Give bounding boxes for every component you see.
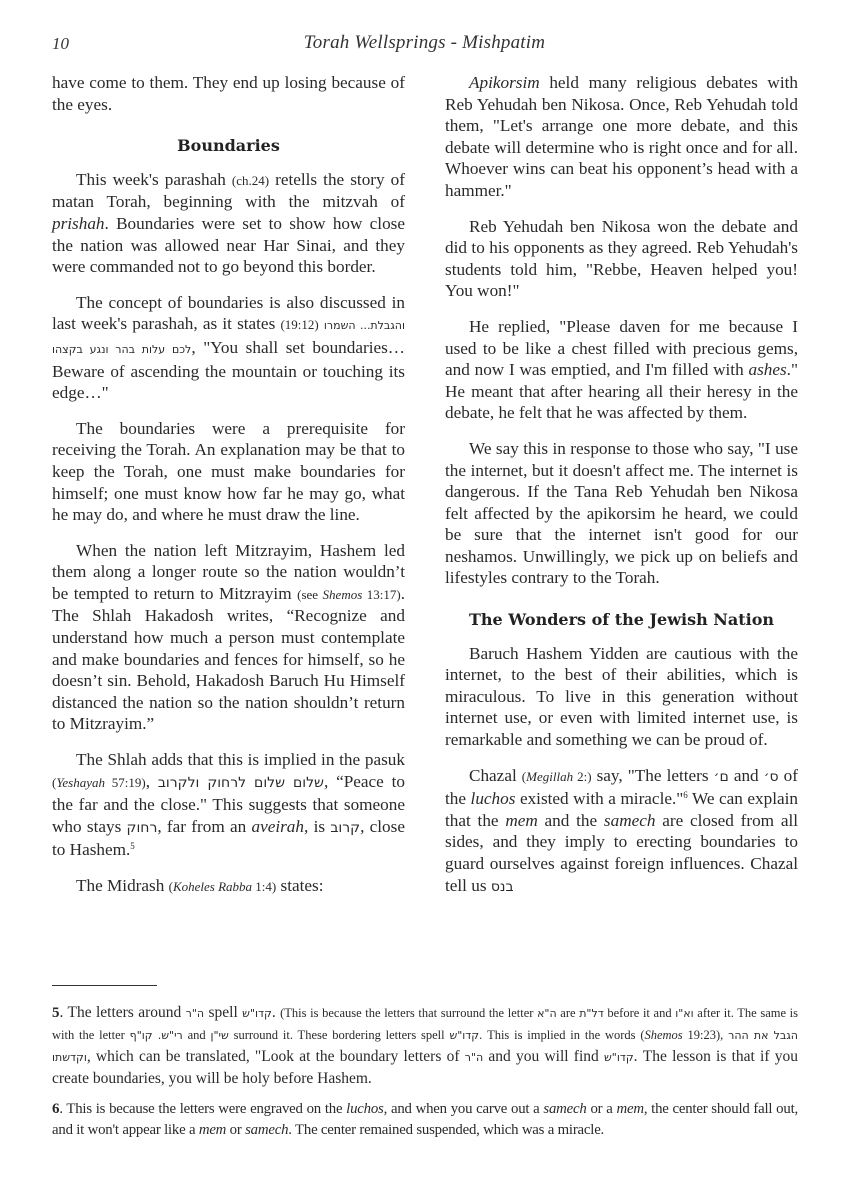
- citation: (see Shemos 13:17): [297, 587, 401, 602]
- paragraph-replied: He replied, "Please daven for me because…: [445, 316, 798, 424]
- paragraph-mitzrayim: When the nation left Mitzrayim, Hashem l…: [52, 540, 405, 735]
- citation: (19:12): [280, 317, 318, 332]
- footnotes: 5. The letters around ה"ר spell קדו"ש. (…: [52, 1002, 798, 1150]
- paragraph-prerequisite: The boundaries were a prerequisite for r…: [52, 418, 405, 526]
- paragraph-chazal: Chazal (Megillah 2:) say, "The letters ם…: [445, 765, 798, 899]
- footnote-6: 6. This is because the letters were engr…: [52, 1099, 798, 1140]
- footnote-number: 5: [52, 1005, 60, 1021]
- citation: (Yeshayah 57:19): [52, 775, 146, 790]
- hebrew-quote: שלום שלום לרחוק ולקרוב: [158, 775, 324, 791]
- left-column: have come to them. They end up losing be…: [52, 72, 405, 912]
- paragraph-concept: The concept of boundaries is also discus…: [52, 292, 405, 404]
- citation: (Megillah 2:): [522, 769, 592, 784]
- paragraph-internet: We say this in response to those who say…: [445, 438, 798, 589]
- paragraph-won-debate: Reb Yehudah ben Nikosa won the debate an…: [445, 216, 798, 302]
- paragraph-parashah: This week's parashah (ch.24) retells the…: [52, 169, 405, 278]
- page-header: 10 Torah Wellsprings - Mishpatim: [52, 30, 797, 60]
- running-title: Torah Wellsprings - Mishpatim: [52, 32, 797, 54]
- citation: (ch.24): [232, 173, 269, 188]
- paragraph-shlah: The Shlah adds that this is implied in t…: [52, 749, 405, 861]
- section-heading-boundaries: Boundaries: [52, 135, 405, 157]
- footnote-divider: [52, 985, 157, 986]
- paragraph-baruch-hashem: Baruch Hashem Yidden are cautious with t…: [445, 643, 798, 751]
- section-heading-wonders: The Wonders of the Jewish Nation: [445, 609, 798, 631]
- right-column: Apikorsim held many religious debates wi…: [445, 72, 798, 912]
- footnote-ref-5[interactable]: 5: [130, 841, 135, 851]
- footnote-5: 5. The letters around ה"ר spell קדו"ש. (…: [52, 1002, 798, 1089]
- paragraph-midrash: The Midrash (Koheles Rabba 1:4) states:: [52, 875, 405, 898]
- paragraph-continued: have come to them. They end up losing be…: [52, 72, 405, 115]
- citation: (Koheles Rabba 1:4): [169, 879, 277, 894]
- paragraph-apikorsim: Apikorsim held many religious debates wi…: [445, 72, 798, 202]
